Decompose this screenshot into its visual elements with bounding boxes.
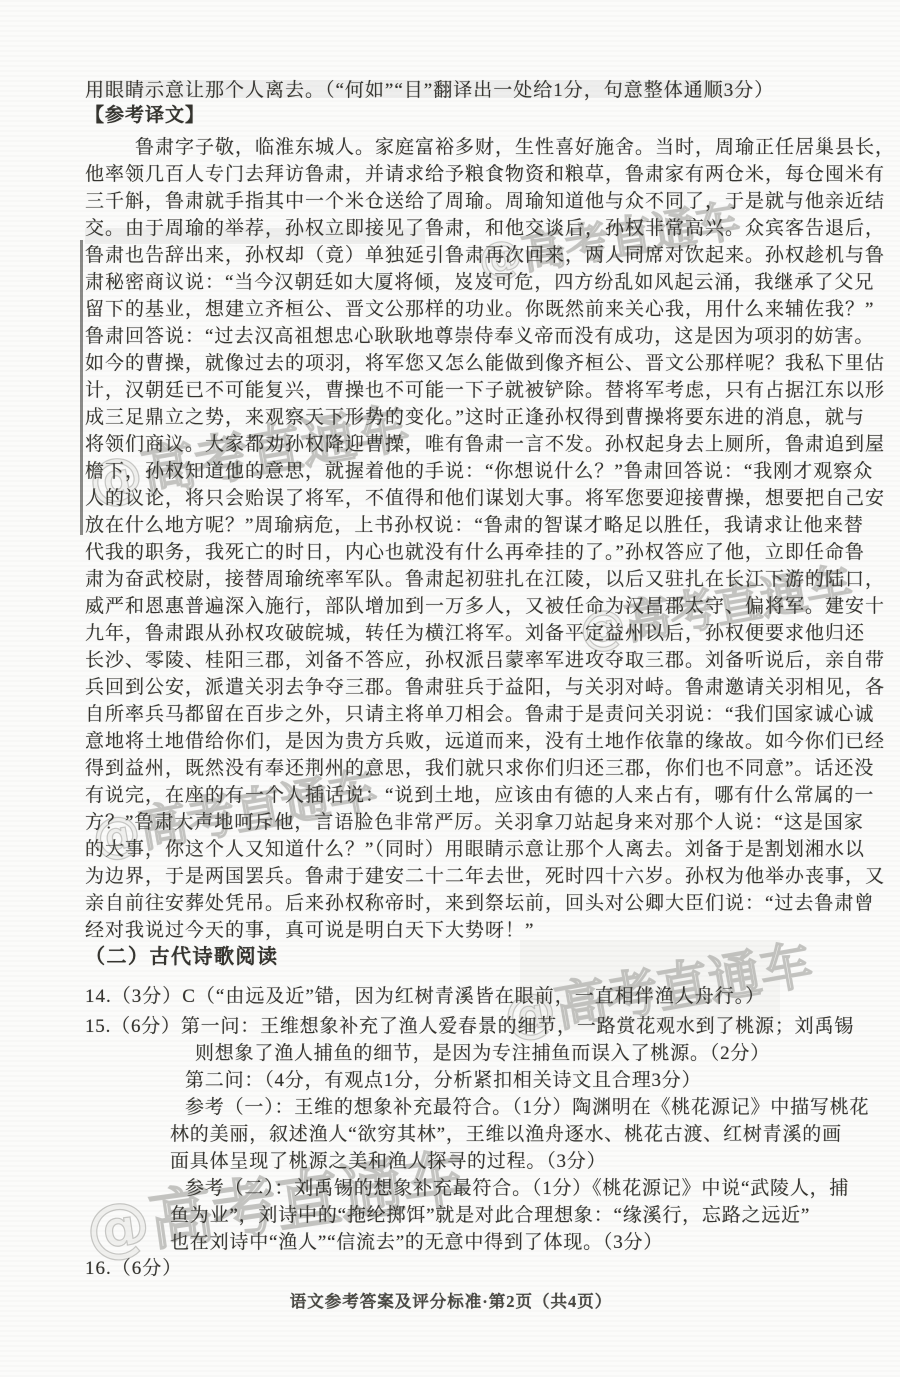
translation-line: 他率领几百人专门去拜访鲁肃，并请求给予粮食物资和粮草，鲁肃家有两仓米，每仓囤米有	[85, 161, 817, 188]
translation-line: 肃为奋武校尉，接替周瑜统率军队。鲁肃起初驻扎在江陵，以后又驻扎在长江下游的陆口，	[85, 566, 817, 593]
q15-line: 15.（6分）第一问：王维想象补充了渔人爱春景的细节，一路赏花观水到了桃源；刘禹…	[85, 1013, 817, 1040]
q13-answer-tail: 用眼睛示意让那个人离去。（“何如”“目”翻译出一处给1分，句意整体通顺3分）	[85, 78, 817, 104]
q15-line: 则想象了渔人捕鱼的细节，是因为专注捕鱼而误入了桃源。（2分）	[85, 1040, 817, 1067]
q15-line: 鱼为业”，刘诗中的“拖纶掷饵”就是对此合理想象：“缘溪行，忘路之远近”	[85, 1202, 817, 1229]
translation-line: 鲁肃字子敬，临淮东城人。家庭富裕多财，生性喜好施舍。当时，周瑜正任居巢县长，	[85, 134, 817, 161]
translation-line: 亲自前往安葬处凭吊。后来孙权称帝时，来到祭坛前，回头对公卿大臣们说：“过去鲁肃曾	[85, 890, 817, 917]
q15-line: 面具体呈现了桃源之美和渔人探寻的过程。（3分）	[85, 1148, 817, 1175]
q15-line: 林的美丽，叙述渔人“欲穷其林”，王维以渔舟逐水、桃花古渡、红树青溪的画	[85, 1121, 817, 1148]
q15-line: 也在刘诗中“渔人”“信流去”的无意中得到了体现。（3分）	[85, 1229, 817, 1256]
q14-answer: 14.（3分）C（“由远及近”错，因为红树青溪皆在眼前，一直相伴渔人舟行。）	[85, 984, 817, 1010]
translation-line: 将领们商议。大家都劝孙权降迎曹操，唯有鲁肃一言不发。孙权起身去上厕所，鲁肃追到屋	[85, 431, 817, 458]
translation-line: 经对我说过今天的事，真可说是明白天下大势呀！”	[85, 917, 817, 944]
q15-line: 第二问：（4分，有观点1分，分析紧扣相关诗文且合理3分）	[85, 1067, 817, 1094]
translation-line: 九年，鲁肃跟从孙权攻破皖城，转任为横江将军。刘备平定益州以后，孙权便要求他归还	[85, 620, 817, 647]
translation-line: 檐下，孙权知道他的意思，就握着他的手说：“你想说什么？”鲁肃回答说：“我刚才观察…	[85, 458, 817, 485]
scanned-answer-sheet-page: @高考直通车 @高考直通车 @高考直通车 @高考直通车 @高考直通车 @高考直通…	[0, 0, 900, 1377]
translation-line: 留下的基业，想建立齐桓公、晋文公那样的功业。你既然前来关心我，用什么来辅佐我？”	[85, 296, 817, 323]
translation-line: 长沙、零陵、桂阳三郡，刘备不答应，孙权派吕蒙率军进攻夺取三郡。刘备听说后，亲自带	[85, 647, 817, 674]
translation-line: 肃秘密商议说：“当今汉朝廷如大厦将倾，岌岌可危，四方纷乱如风起云涌，我继承了父兄	[85, 269, 817, 296]
translation-line: 的大事，你这个人又知道什么？”（同时）用眼睛示意让那个人离去。刘备于是割划湘水以	[85, 836, 817, 863]
translation-line: 方？”鲁肃大声地呵斥他，言语脸色非常严厉。关羽拿刀站起身来对那个人说：“这是国家	[85, 809, 817, 836]
translation-line: 如今的曹操，就像过去的项羽，将军您又怎么能做到像齐桓公、晋文公那样呢？我私下里估	[85, 350, 817, 377]
translation-line: 交。由于周瑜的举荐，孙权立即接见了鲁肃，和他交谈后，孙权非常高兴。众宾客告退后，	[85, 215, 817, 242]
q15-line: 参考（二）：刘禹锡的想象补充最符合。（1分）《桃花源记》中说“武陵人，捕	[85, 1175, 817, 1202]
translation-line: 计，汉朝廷已不可能复兴，曹操也不可能一下子就被铲除。替将军考虑，只有占据江东以形	[85, 377, 817, 404]
reference-translation-heading: 【参考译文】	[85, 103, 817, 129]
translation-line: 成三足鼎立之势，来观察天下形势的变化。”这时正逢孙权得到曹操将要东进的消息，就与	[85, 404, 817, 431]
q15-answer-block: 15.（6分）第一问：王维想象补充了渔人爱春景的细节，一路赏花观水到了桃源；刘禹…	[85, 1013, 817, 1256]
translation-line: 兵回到公安，派遣关羽去争夺三郡。鲁肃驻兵于益阳，与关羽对峙。鲁肃邀请关羽相见，各	[85, 674, 817, 701]
translation-line: 放在什么地方呢？”周瑜病危，上书孙权说：“鲁肃的智谋才略足以胜任，我请求让他来替	[85, 512, 817, 539]
translation-line: 鲁肃回答说：“过去汉高祖想忠心耿耿地尊崇侍奉义帝而没有成功，这是因为项羽的妨害。	[85, 323, 817, 350]
reference-translation-paragraph: 鲁肃字子敬，临淮东城人。家庭富裕多财，生性喜好施舍。当时，周瑜正任居巢县长，他率…	[85, 134, 817, 944]
page-footer: 语文参考答案及评分标准·第2页（共4页）	[85, 1288, 817, 1312]
translation-line: 鲁肃也告辞出来，孙权却（竟）单独延引鲁肃再次回来，两人同席对饮起来。孙权趁机与鲁	[85, 242, 817, 269]
translation-line: 代我的职务，我死亡的时日，内心也就没有什么再牵挂的了。”孙权答应了他，立即任命鲁	[85, 539, 817, 566]
translation-line: 三千斛，鲁肃就手指其中一个米仓送给了周瑜。周瑜知道他与众不同了，于是就与他亲近结	[85, 188, 817, 215]
translation-line: 为边界，于是两国罢兵。鲁肃于建安二十二年去世，死时四十六岁。孙权为他举办丧事，又	[85, 863, 817, 890]
scan-edge-line	[80, 240, 83, 535]
translation-line: 有说完，在座的有一个人插话说：“说到土地，应该由有德的人来占有，哪有什么常属的一	[85, 782, 817, 809]
q15-line: 参考（一）：王维的想象补充最符合。（1分）陶渊明在《桃花源记》中描写桃花	[85, 1094, 817, 1121]
poetry-section-heading: （二）古代诗歌阅读	[85, 944, 817, 970]
translation-line: 人的议论，将只会贻误了将军，不值得和他们谋划大事。将军您要迎接曹操，想要把自己安	[85, 485, 817, 512]
translation-line: 得到益州，既然没有奉还荆州的意思，我们就只求你们归还三郡，你们也不同意”。话还没	[85, 755, 817, 782]
translation-line: 威严和恩惠普遍深入施行，部队增加到一万多人，又被任命为汉昌郡太守、偏将军。建安十	[85, 593, 817, 620]
translation-line: 自所率兵马都留在百步之外，只请主将单刀相会。鲁肃于是责问关羽说：“我们国家诚心诚	[85, 701, 817, 728]
translation-line: 意地将土地借给你们，是因为贵方兵败，远道而来，没有土地作依靠的缘故。如今你们已经	[85, 728, 817, 755]
q16-answer-stub: 16.（6分）	[85, 1256, 817, 1282]
